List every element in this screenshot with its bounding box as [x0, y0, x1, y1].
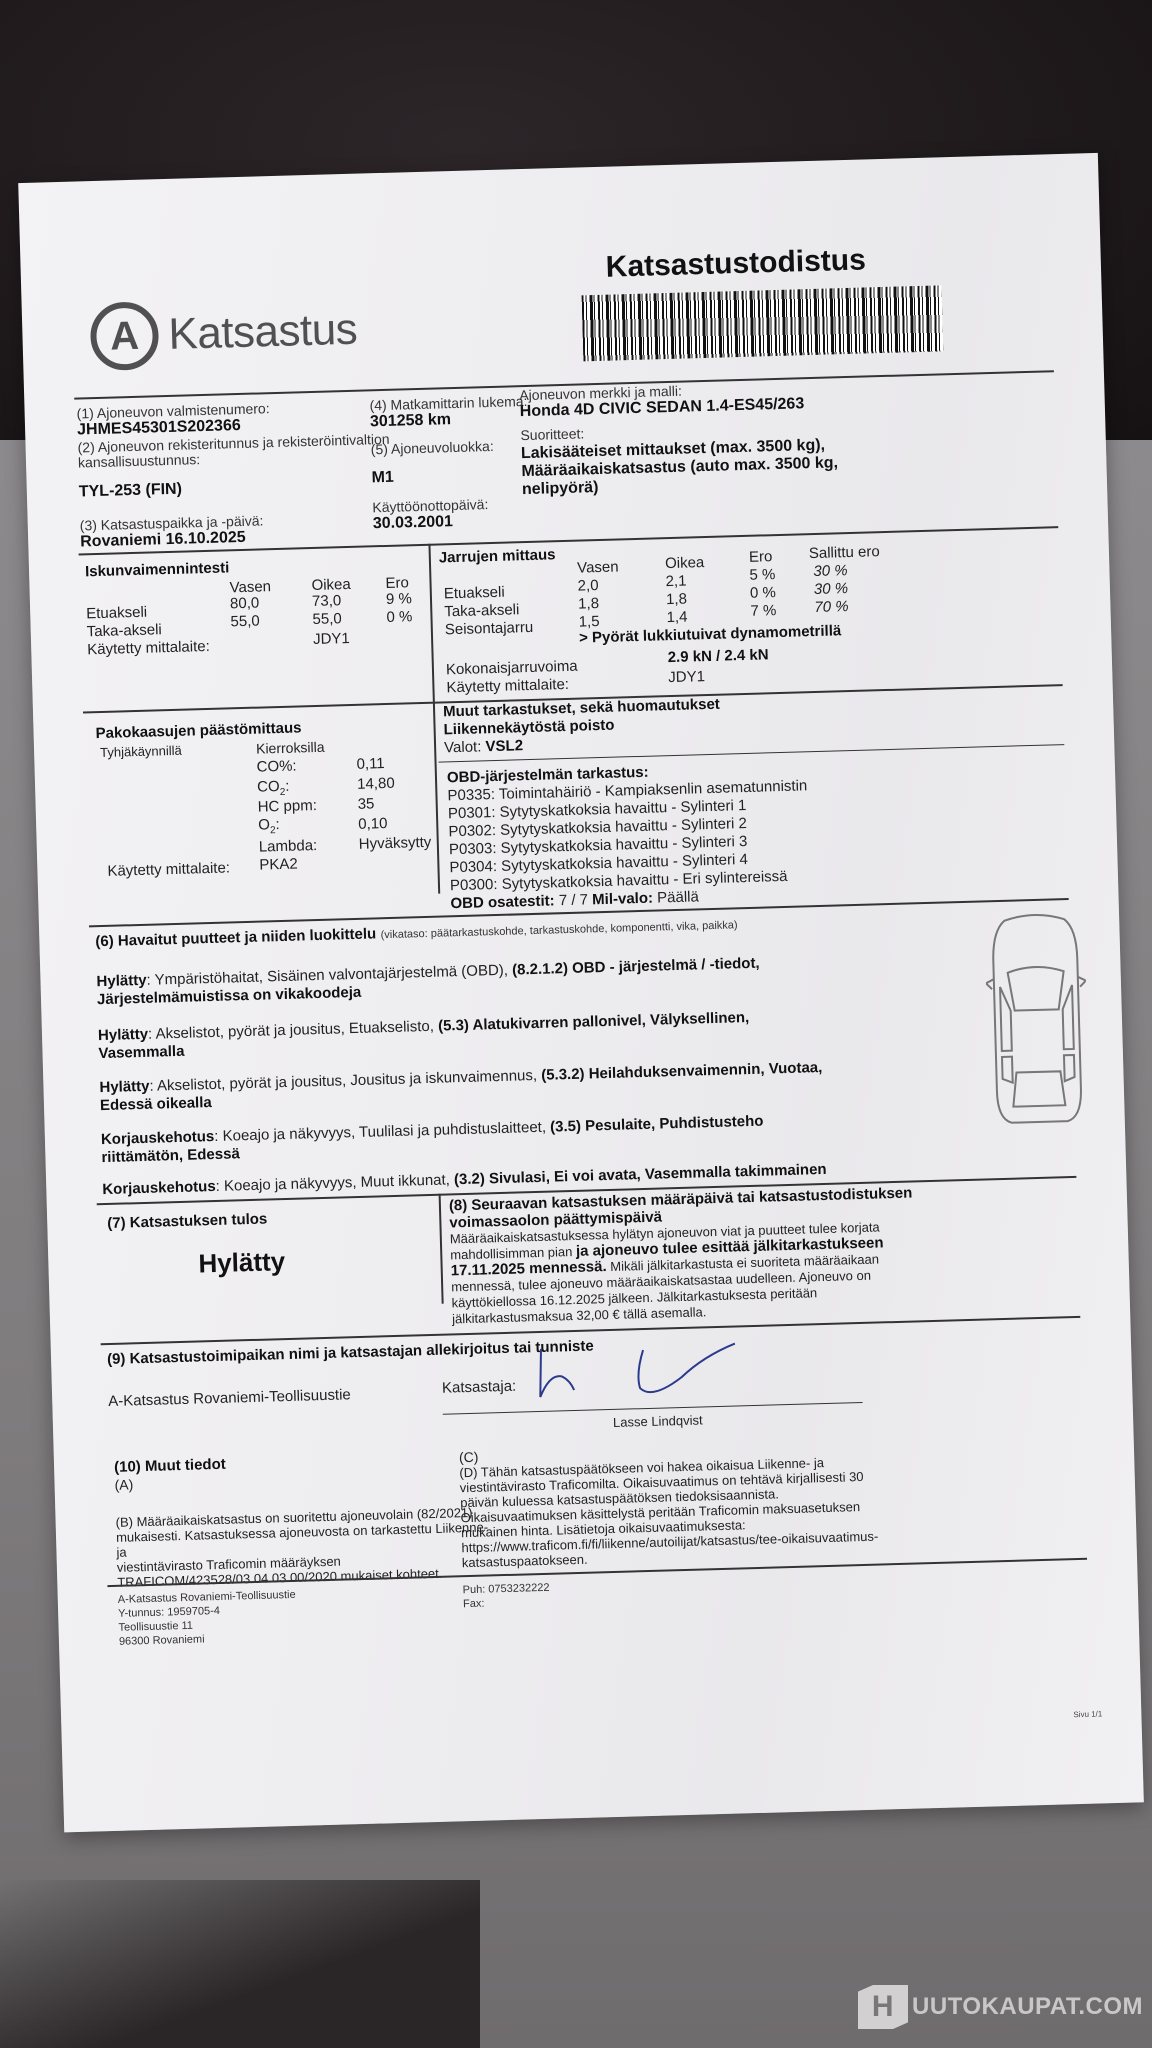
brake-row-label: Seisontajarru — [445, 619, 534, 638]
class-label: (5) Ajoneuvoluokka: — [371, 438, 494, 457]
performed-line-3: nelipyörä) — [522, 479, 599, 499]
first-use-label: Käyttöönottopäivä: — [372, 496, 488, 515]
shock-row-right: 55,0 — [312, 610, 342, 628]
mil-label: Mil-valo: — [592, 890, 653, 909]
footer-phone: Puh: 0753232222 — [463, 1582, 550, 1596]
result-status: Hylätty — [198, 1246, 286, 1279]
inspector-name: Lasse Lindqvist — [613, 1412, 703, 1429]
emissions-idle-label: Tyhjäkäynnillä — [100, 743, 182, 760]
brake-device-value: JDY1 — [668, 668, 705, 686]
traffic-removal-note: Liikennekäytöstä poisto — [443, 717, 614, 739]
first-use-value: 30.03.2001 — [373, 513, 454, 533]
defect-text: : Akselistot, pyörät ja jousitus, Etuaks… — [148, 1018, 439, 1043]
other-info-a: (A) — [114, 1476, 133, 1493]
defect-item: Hylätty: Ympäristöhaitat, Sisäinen valvo… — [96, 950, 937, 1009]
footer-fax: Fax: — [463, 1598, 485, 1611]
emissions-o2-value: 0,10 — [358, 815, 388, 833]
brake-header-allowed: Sallittu ero — [809, 543, 880, 562]
defect-detail: Vasemmalla — [98, 1043, 184, 1062]
car-top-view-icon — [984, 909, 1090, 1132]
other-info-title: (10) Muut tiedot — [114, 1456, 226, 1476]
result-title: (7) Katsastuksen tulos — [107, 1211, 267, 1232]
defect-code: (5.3) Alatukivarren pallonivel, Välyksel… — [438, 1009, 750, 1035]
next-inspection-text: Määräaikaiskatsastuksessa hylätyn ajoneu… — [450, 1214, 1082, 1328]
defects-heading: (6) Havaitut puutteet ja niiden luokitte… — [95, 915, 738, 951]
brake-row-right: 2,1 — [665, 573, 686, 591]
defects-subtitle: (vikataso: päätarkastuskohde, tarkastusk… — [380, 919, 737, 941]
other-info-d: (D) Tähän katsastuspäätökseen voi hakea … — [459, 1448, 1082, 1570]
table-shadow — [0, 1880, 480, 2048]
class-value: M1 — [371, 469, 394, 488]
emissions-title: Pakokaasujen päästömittaus — [95, 719, 301, 742]
emissions-rpm-label: Kierroksilla — [256, 739, 325, 757]
shock-row-left: 55,0 — [230, 613, 260, 631]
lights-line: Valot: VSL2 — [444, 737, 523, 756]
emissions-device-label: Käytetty mittalaite: — [107, 859, 230, 879]
lights-label: Valot: — [444, 738, 482, 756]
performed-label: Suoritteet: — [520, 425, 584, 443]
brake-row-left: 1,5 — [578, 613, 599, 631]
barcode-icon — [582, 285, 944, 361]
defect-text: : Koeajo ja näkyvyys, Tuulilasi ja puhdi… — [214, 1119, 550, 1145]
huutokaupat-watermark: H UUTOKAUPAT.COM — [858, 1985, 1143, 2029]
obd-subtests-value: 7 / 7 — [559, 891, 589, 909]
brake-row-diff: 7 % — [750, 602, 776, 620]
brake-header-right: Oikea — [665, 554, 705, 572]
other-info-c: (C) — [459, 1449, 479, 1466]
shock-row-diff: 0 % — [386, 608, 412, 626]
brake-row-label: Taka-akseli — [444, 601, 519, 620]
brake-row-diff: 0 % — [750, 584, 776, 602]
place-date-value: Rovaniemi 16.10.2025 — [80, 529, 246, 552]
brake-row-right: 1,8 — [666, 591, 687, 609]
brake-row-allowed: 30 % — [814, 580, 849, 598]
a-katsastus-logo-icon: A — [90, 301, 160, 371]
shock-row-right: 73,0 — [312, 592, 342, 610]
footer-postal: 96300 Rovaniemi — [119, 1633, 205, 1647]
defect-code: (5.3.2) Heilahduksenvaimennin, Vuotaa, — [541, 1059, 823, 1084]
station-name: A-Katsastus Rovaniemi-Teollisuustie — [108, 1386, 351, 1410]
shock-row-left: 80,0 — [230, 595, 260, 613]
page-number: Sivu 1/1 — [1073, 1709, 1102, 1719]
brake-header-diff: Ero — [749, 548, 773, 566]
odometer-value: 301258 km — [370, 411, 451, 431]
emissions-lambda-value: Hyväksytty — [359, 834, 432, 853]
brake-total-value: 2.9 kN / 2.4 kN — [667, 646, 768, 666]
huutokaupat-logo-icon: H — [858, 1985, 908, 2029]
brake-device-label: Käytetty mittalaite: — [446, 676, 569, 696]
defect-level: Korjauskehotus — [102, 1178, 216, 1198]
footer-business-id: Y-tunnus: 1959705-4 — [118, 1605, 220, 1620]
katsastus-logo: A Katsastus — [90, 296, 359, 371]
inspector-label: Katsastaja: — [442, 1378, 517, 1397]
defect-item: Hylätty: Akselistot, pyörät ja jousitus,… — [98, 1004, 939, 1063]
defect-level: Hylätty — [99, 1078, 149, 1096]
appeal-link-2: katsastuspaatokseen. — [462, 1552, 588, 1571]
emissions-device-value: PKA2 — [259, 856, 298, 874]
brake-test-title: Jarrujen mittaus — [439, 546, 556, 566]
lights-value: VSL2 — [485, 737, 523, 755]
brake-row-allowed: 30 % — [813, 562, 848, 580]
brake-row-left: 1,8 — [578, 595, 599, 613]
emissions-co-value: 0,11 — [356, 755, 385, 773]
defect-text: : Akselistot, pyörät ja jousitus, Jousit… — [149, 1067, 541, 1095]
shock-row-label: Taka-akseli — [87, 621, 162, 640]
brake-note: > Pyörät lukkiutuivat dynamometrillä — [579, 622, 842, 646]
shock-header-diff: Ero — [385, 574, 409, 592]
shock-header-right: Oikea — [311, 576, 351, 594]
shock-device-label: Käytetty mittalaite: — [87, 638, 210, 658]
divider — [439, 744, 1065, 762]
inspection-certificate: A Katsastus Katsastustodistus (1) Ajoneu… — [18, 153, 1144, 1833]
footer-contact: Puh: 0753232222 Fax: — [462, 1581, 550, 1611]
emissions-co2-label: CO2: — [257, 778, 290, 799]
emissions-lambda-label: Lambda: — [259, 837, 318, 856]
emissions-hc-label: HC ppm: — [257, 797, 317, 816]
brake-row-left: 2,0 — [577, 577, 598, 595]
reg-label-2: kansallisuustunnus: — [78, 451, 201, 470]
defect-item: Hylätty: Akselistot, pyörät ja jousitus,… — [99, 1055, 960, 1115]
defect-detail: Edessä oikealla — [100, 1094, 212, 1114]
shock-row-diff: 9 % — [386, 590, 412, 608]
emissions-co-label: CO%: — [256, 758, 296, 776]
emissions-co2-value: 14,80 — [357, 775, 395, 793]
defect-code: (3.5) Pesulaite, Puhdistusteho — [550, 1113, 764, 1136]
defect-level: Korjauskehotus — [101, 1128, 215, 1148]
document-title: Katsastustodistus — [605, 243, 866, 284]
shock-row-label: Etuakseli — [86, 604, 147, 623]
obd-subtests-label: OBD osatestit: — [450, 892, 555, 912]
defect-code: (8.2.1.2) OBD - järjestelmä / -tiedot, — [512, 955, 760, 979]
reg-value: TYL-253 (FIN) — [79, 481, 183, 502]
mil-value: Päällä — [657, 888, 699, 906]
defect-text: : Koeajo ja näkyvyys, Muut ikkunat, — [215, 1171, 454, 1195]
column-divider — [439, 1194, 444, 1304]
signature-icon — [531, 1333, 753, 1409]
footer-street: Teollisuustie 11 — [118, 1620, 193, 1634]
defect-level: Hylätty — [98, 1026, 148, 1044]
brake-header-left: Vasen — [577, 558, 619, 576]
shock-header-left: Vasen — [229, 578, 271, 596]
brake-row-allowed: 70 % — [814, 598, 849, 616]
watermark-text: UUTOKAUPAT.COM — [912, 1993, 1143, 2021]
brake-row-right: 1,4 — [666, 609, 687, 627]
footer-company: A-Katsastus Rovaniemi-Teollisuustie — [118, 1589, 296, 1606]
emissions-o2-label: O2: — [258, 816, 280, 837]
shock-test-title: Iskunvaimennintesti — [85, 559, 230, 580]
brake-row-diff: 5 % — [749, 566, 775, 584]
shock-device-value: JDY1 — [313, 630, 350, 648]
next-inspection-title: (8) Seuraavan katsastuksen määräpäivä ta… — [449, 1185, 913, 1215]
defects-title: (6) Havaitut puutteet ja niiden luokitte… — [95, 925, 376, 950]
footer-address: A-Katsastus Rovaniemi-Teollisuustie Y-tu… — [118, 1588, 297, 1649]
emissions-hc-value: 35 — [357, 795, 374, 812]
brand-name: Katsastus — [168, 305, 358, 360]
defect-level: Hylätty — [96, 972, 146, 990]
defect-detail: riittämätön, Edessä — [101, 1145, 240, 1166]
defect-item: Korjauskehotus: Koeajo ja näkyvyys, Tuul… — [101, 1108, 942, 1167]
brake-row-label: Etuakseli — [444, 584, 505, 603]
